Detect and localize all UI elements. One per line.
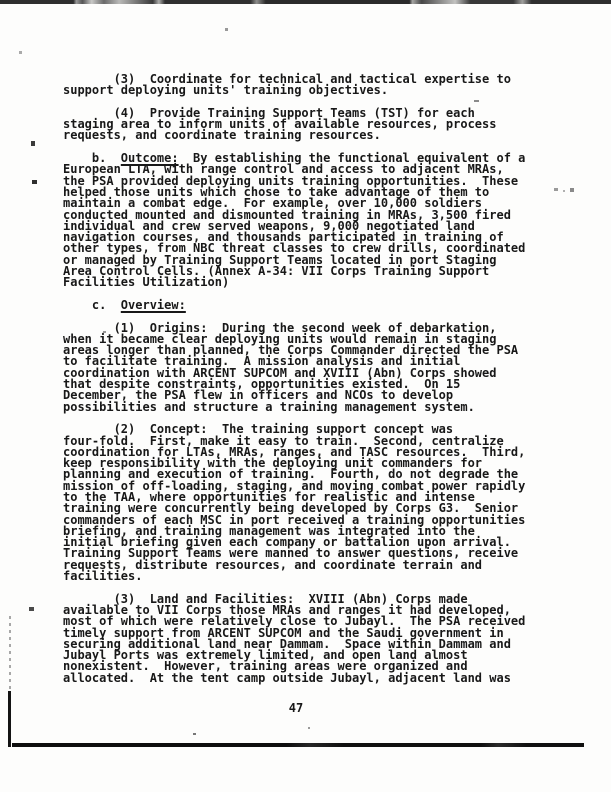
scan-speck <box>193 733 196 735</box>
scan-speck <box>31 141 35 146</box>
scan-speck <box>570 188 574 192</box>
paragraph-4-provide: (4) Provide Training Support Teams (TST)… <box>63 108 525 142</box>
page-number: 47 <box>0 701 592 715</box>
paragraph-3-land: (3) Land and Facilities: XVIII (Abn) Cor… <box>63 594 525 684</box>
scan-speck <box>32 180 37 184</box>
paragraph-3-coordinate: (3) Coordinate for technical and tactica… <box>63 74 525 97</box>
scan-speck <box>103 331 106 333</box>
scan-speck <box>225 28 228 31</box>
document-body: (3) Coordinate for technical and tactica… <box>63 74 525 684</box>
overview-heading: Overview: <box>121 298 186 312</box>
paragraph-c-prefix: c. <box>63 298 121 312</box>
scan-edge-bottom <box>12 743 584 747</box>
scan-speck <box>29 607 34 611</box>
paragraph-2-concept: (2) Concept: The training support concep… <box>63 424 525 582</box>
paragraph-c-overview: c. Overview: <box>63 300 525 311</box>
scan-speck <box>554 188 558 191</box>
scan-edge-left <box>8 691 11 747</box>
scan-speck <box>308 727 310 729</box>
scan-edge-left-faint <box>9 616 11 694</box>
scanned-document-page: (3) Coordinate for technical and tactica… <box>0 0 611 792</box>
scan-speck <box>563 190 565 192</box>
scan-speck <box>19 51 22 54</box>
scan-edge-top <box>0 0 611 4</box>
paragraph-b-outcome: b. Outcome: By establishing the function… <box>63 153 525 289</box>
paragraph-1-origins: (1) Origins: During the second week of d… <box>63 323 525 413</box>
scan-speck <box>474 100 479 102</box>
paragraph-b-body: By establishing the functional equivalen… <box>63 151 525 289</box>
